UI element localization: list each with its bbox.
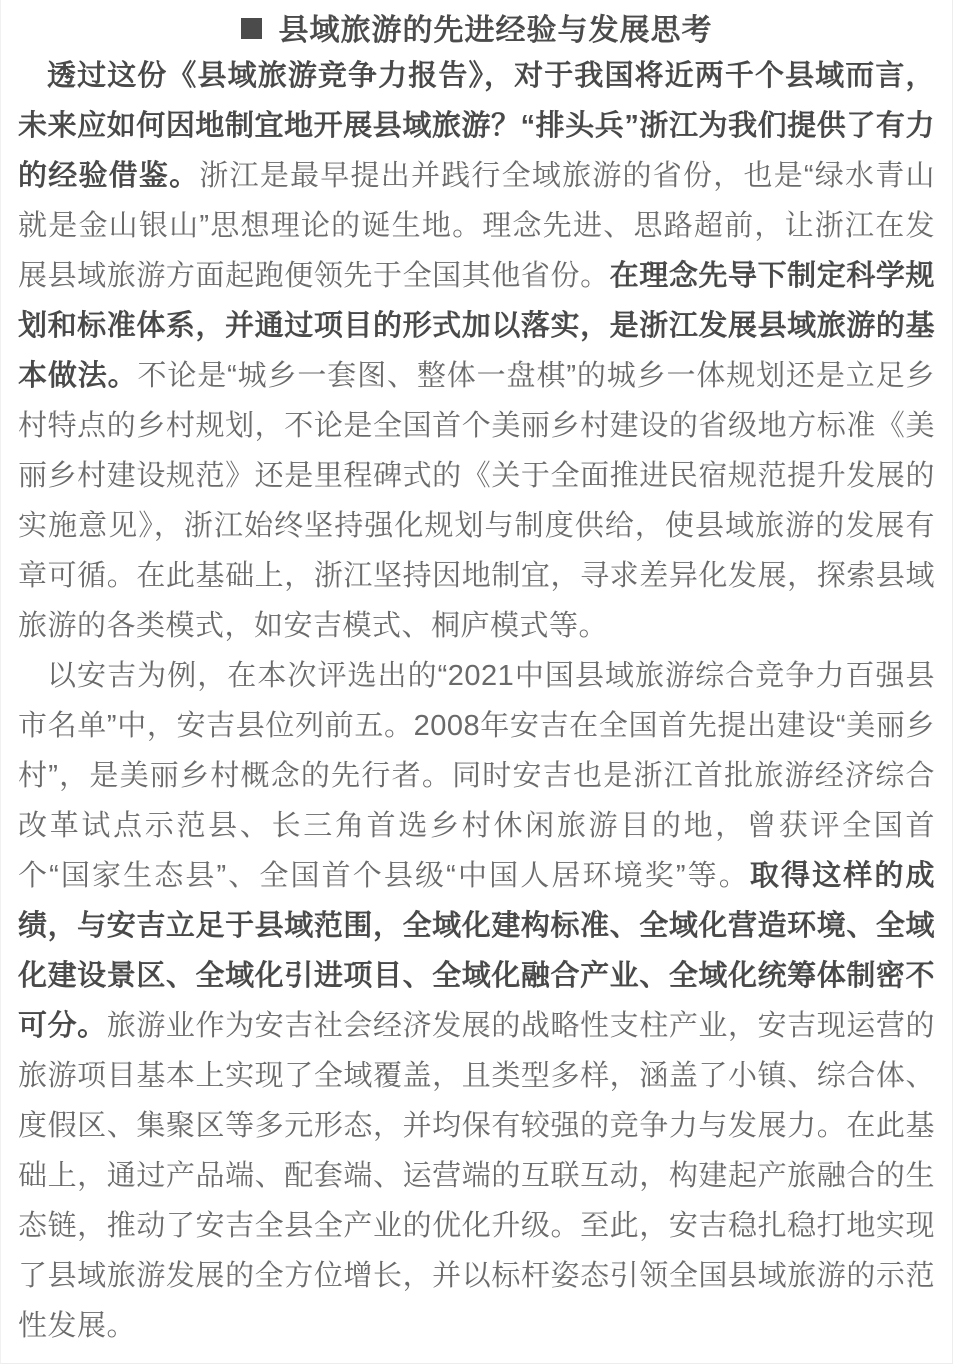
paragraph-2: 以安吉为例，在本次评选出的“2021中国县域旅游综合竞争力百强县市名单”中，安吉… <box>18 651 935 1351</box>
article-body: 透过这份《县域旅游竞争力报告》，对于我国将近两千个县域而言，未来应如何因地制宜地… <box>18 51 935 1351</box>
square-bullet-icon <box>241 18 262 39</box>
article-title-text: 县域旅游的先进经验与发展思考 <box>279 5 713 49</box>
article-title: 县域旅游的先进经验与发展思考 <box>18 5 935 49</box>
paragraph-1: 透过这份《县域旅游竞争力报告》，对于我国将近两千个县域而言，未来应如何因地制宜地… <box>18 51 935 651</box>
article-page: 县域旅游的先进经验与发展思考 透过这份《县域旅游竞争力报告》，对于我国将近两千个… <box>0 0 953 1364</box>
body-text-run: 以安吉为例，在本次评选出的“2021中国县域旅游综合竞争力百强县市名单”中，安吉… <box>18 660 935 892</box>
body-text-run: 旅游业作为安吉社会经济发展的战略性支柱产业，安吉现运营的旅游项目基本上实现了全域… <box>18 1010 935 1342</box>
body-text-run: 不论是“城乡一套图、整体一盘棋”的城乡一体规划还是立足乡村特点的乡村规划，不论是… <box>18 360 935 642</box>
